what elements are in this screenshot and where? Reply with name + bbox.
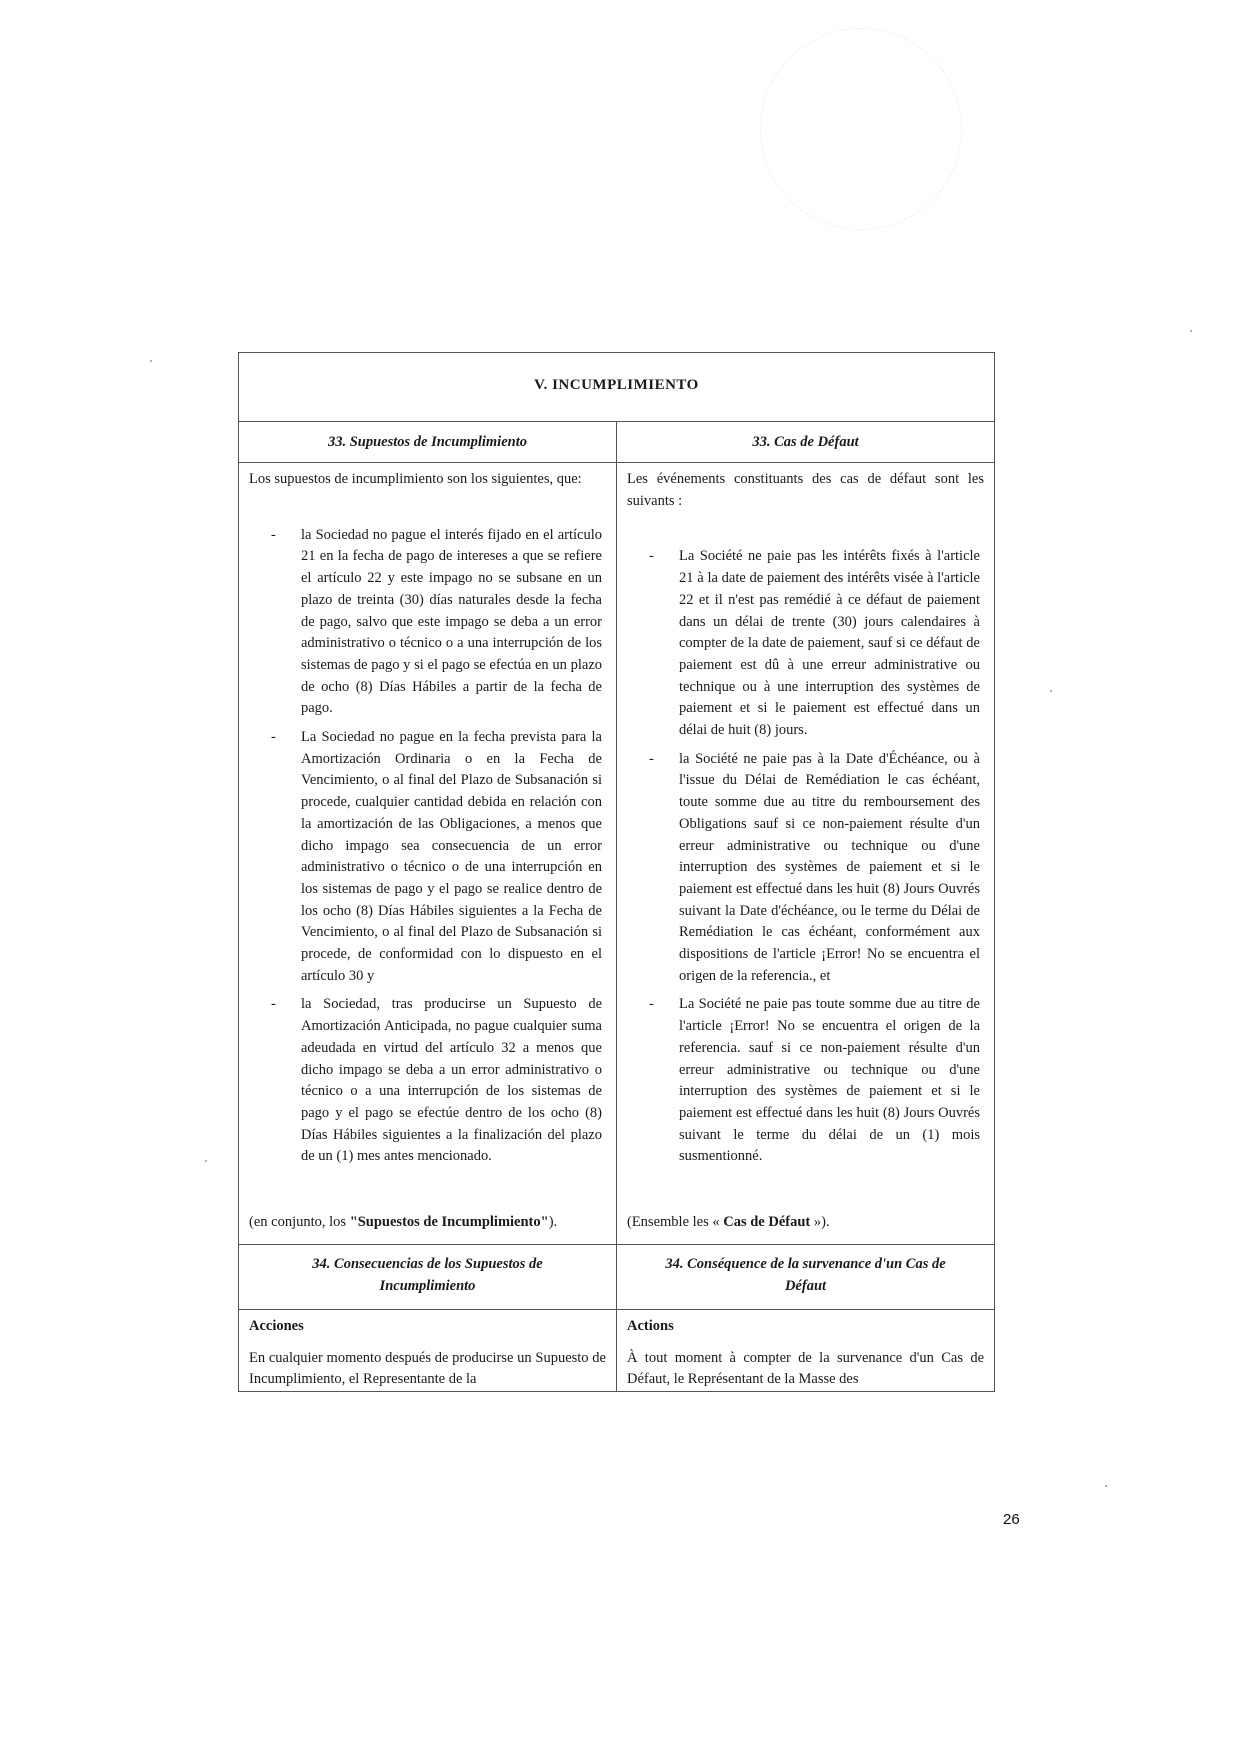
closing-prefix: (en conjunto, los bbox=[249, 1214, 350, 1230]
intro-paragraph-fr: Les événements constituants des cas de d… bbox=[627, 469, 984, 512]
dash-bullet-icon: - bbox=[649, 749, 654, 771]
closing-suffix: ). bbox=[549, 1214, 557, 1230]
closing-suffix: »). bbox=[810, 1214, 829, 1230]
list-item: - la Sociedad, tras producirse un Supues… bbox=[249, 994, 606, 1168]
scan-speck bbox=[1105, 1485, 1107, 1487]
actions-text-fr: À tout moment à compter de la survenance… bbox=[627, 1348, 984, 1391]
list-item: - La Sociedad no pague en la fecha previ… bbox=[249, 727, 606, 987]
section-title: V. INCUMPLIMIENTO bbox=[534, 377, 699, 394]
defined-term: Cas de Défaut bbox=[723, 1214, 810, 1230]
article-33-heading-fr-cell: 33. Cas de Défaut bbox=[617, 422, 995, 463]
actions-text-es: En cualquier momento después de producir… bbox=[249, 1348, 606, 1391]
dash-bullet-icon: - bbox=[649, 994, 654, 1016]
list-item-text: la Société ne paie pas à la Date d'Échéa… bbox=[679, 751, 980, 984]
default-events-list-fr: - La Société ne paie pas les intérêts fi… bbox=[627, 546, 984, 1168]
closing-definition-es: (en conjunto, los "Supuestos de Incumpli… bbox=[249, 1212, 606, 1234]
list-item-text: La Sociedad no pague en la fecha previst… bbox=[301, 729, 602, 984]
list-item: - la Sociedad no pague el interés fijado… bbox=[249, 525, 606, 720]
scan-speck bbox=[1050, 690, 1052, 692]
list-item-text: La Société ne paie pas les intérêts fixé… bbox=[679, 548, 980, 738]
article-34-body-fr: Actions À tout moment à compter de la su… bbox=[617, 1309, 995, 1391]
list-item: - la Société ne paie pas à la Date d'Éch… bbox=[627, 749, 984, 988]
list-item: - La Société ne paie pas les intérêts fi… bbox=[627, 546, 984, 741]
article-34-heading-es-cell: 34. Consecuencias de los Supuestos de In… bbox=[239, 1244, 617, 1309]
list-item: - La Société ne paie pas toute somme due… bbox=[627, 994, 984, 1168]
scan-speck bbox=[1190, 330, 1192, 332]
article-34-heading-fr: 34. Conséquence de la survenance d'un Ca… bbox=[617, 1253, 994, 1297]
intro-paragraph-es: Los supuestos de incumplimiento son los … bbox=[249, 469, 606, 491]
actions-subheading-es: Acciones bbox=[249, 1316, 606, 1338]
article-33-heading-fr: 33. Cas de Défaut bbox=[752, 434, 858, 451]
defined-term: "Supuestos de Incumplimiento" bbox=[350, 1214, 549, 1230]
article-33-heading-es-cell: 33. Supuestos de Incumplimiento bbox=[239, 422, 617, 463]
closing-definition-fr: (Ensemble les « Cas de Défaut »). bbox=[627, 1212, 984, 1234]
article-33-heading-es: 33. Supuestos de Incumplimiento bbox=[328, 434, 527, 451]
bilingual-clause-table: V. INCUMPLIMIENTO 33. Supuestos de Incum… bbox=[238, 352, 995, 1392]
article-33-body-es: Los supuestos de incumplimiento son los … bbox=[239, 463, 617, 1245]
section-title-cell: V. INCUMPLIMIENTO bbox=[239, 353, 995, 422]
default-events-list-es: - la Sociedad no pague el interés fijado… bbox=[249, 525, 606, 1168]
article-34-body-es: Acciones En cualquier momento después de… bbox=[239, 1309, 617, 1391]
dash-bullet-icon: - bbox=[271, 994, 276, 1016]
list-item-text: La Société ne paie pas toute somme due a… bbox=[679, 996, 980, 1164]
faint-stamp-mark bbox=[760, 28, 962, 230]
closing-prefix: (Ensemble les « bbox=[627, 1214, 723, 1230]
list-item-text: la Sociedad no pague el interés fijado e… bbox=[301, 527, 602, 717]
dash-bullet-icon: - bbox=[271, 727, 276, 749]
document-page: V. INCUMPLIMIENTO 33. Supuestos de Incum… bbox=[0, 0, 1241, 1755]
dash-bullet-icon: - bbox=[271, 525, 276, 547]
scan-speck bbox=[205, 1160, 207, 1162]
article-33-body-fr: Les événements constituants des cas de d… bbox=[617, 463, 995, 1245]
dash-bullet-icon: - bbox=[649, 546, 654, 568]
article-34-heading-fr-cell: 34. Conséquence de la survenance d'un Ca… bbox=[617, 1244, 995, 1309]
list-item-text: la Sociedad, tras producirse un Supuesto… bbox=[301, 996, 602, 1164]
page-number: 26 bbox=[1003, 1511, 1020, 1528]
article-34-heading-es: 34. Consecuencias de los Supuestos de In… bbox=[239, 1253, 616, 1297]
actions-subheading-fr: Actions bbox=[627, 1316, 984, 1338]
scan-speck bbox=[150, 360, 152, 362]
bleed-through-text bbox=[118, 82, 127, 114]
